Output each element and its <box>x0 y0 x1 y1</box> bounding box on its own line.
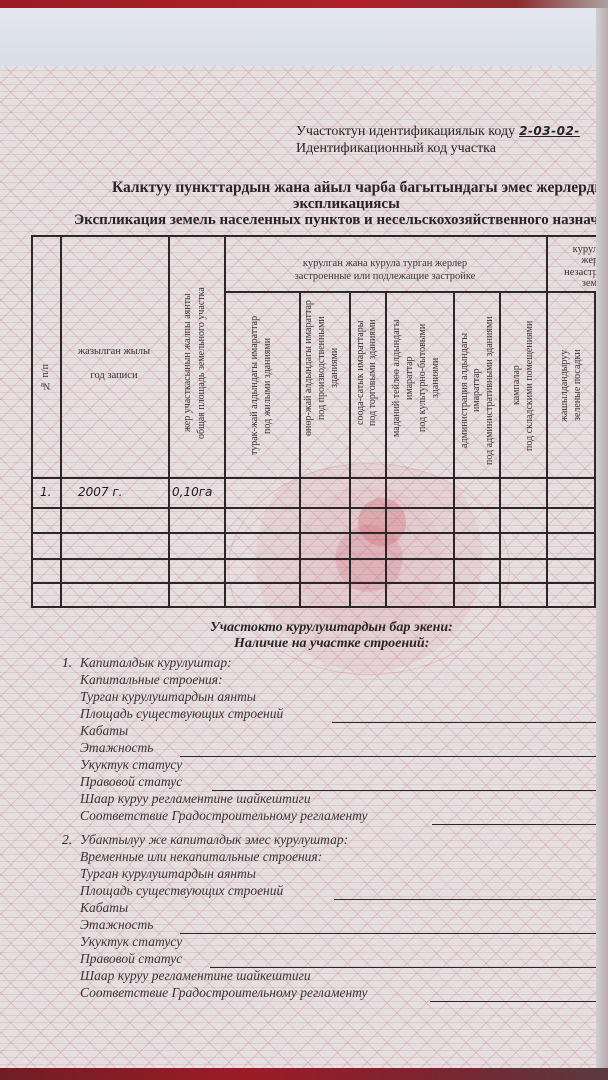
subcol-admin-ru: имараттар <box>471 298 483 483</box>
table-col-line <box>299 291 301 607</box>
section2-compliance-ky: Шаар куруу регламентине шайкештиги <box>80 968 311 984</box>
table-row-line <box>31 507 596 509</box>
subcol-warehouse-ky: кампалар <box>511 298 523 473</box>
subcol-residential-ru: под жилыми зданиями <box>262 298 274 473</box>
section1-title-ru: Капитальные строения: <box>80 672 223 688</box>
table-row-line <box>31 582 596 584</box>
table-col-line <box>385 291 387 607</box>
table-col-line <box>499 291 501 607</box>
section2-area-ru: Площадь существующих строений <box>80 883 283 899</box>
col-header-year-ky: жазылган жылы <box>60 346 168 358</box>
subcol-residential-ky: турак-жай алдындагы имараттар <box>249 298 261 473</box>
buildings-heading-ky: Участокто курулуштардын бар экени: <box>210 620 453 636</box>
section1-area-ru: Площадь существующих строений <box>80 706 283 722</box>
group-header-unbuilt-l4: земли <box>548 278 596 290</box>
section1-title-ky: Капиталдык курулуштар: <box>80 655 232 671</box>
col-header-area-ru: общая площадь земельного участка <box>196 268 208 458</box>
section2-floors-field[interactable] <box>180 933 596 934</box>
row1-area: 0,10га <box>172 485 212 499</box>
group-header-built-ky: курулган жана курула турган жерлер <box>224 258 546 270</box>
table-header-bottom <box>31 477 596 479</box>
subcol-greenery-ky: жашылдандыруу <box>559 298 571 473</box>
section2-legal-ky: Укуктук статусу <box>80 934 182 950</box>
table-subheader-line <box>224 291 596 293</box>
section2-legal-ru: Правовой статус <box>80 951 182 967</box>
table-col-line <box>453 291 455 607</box>
group-header-built-ru: застроенные или подлежащие застройке <box>224 271 546 283</box>
section1-legal-ru: Правовой статус <box>80 774 182 790</box>
subcol-cultural-ru: имараттар <box>404 298 416 458</box>
section1-floors-ky: Кабаты <box>80 723 128 739</box>
section1-area-ky: Турган курулуштардын аянты <box>80 689 256 705</box>
section1-number: 1. <box>62 655 72 671</box>
subcol-trade-ru: под торговыми зданиями <box>367 298 379 448</box>
subcol-warehouse-ru: под складскими помещениями <box>524 298 536 473</box>
row1-number: 1. <box>40 485 51 499</box>
table-border-left <box>31 235 33 607</box>
subcol-industrial-ky: өнөр-жай алдындагы имараттар <box>303 298 315 438</box>
explication-table: № п/п жазылган жылы год записи жер участ… <box>0 8 596 628</box>
document-page: Участоктун идентификациялык коду2-03-02-… <box>0 8 596 1072</box>
col-header-number: № п/п <box>40 338 52 418</box>
table-col-line <box>349 291 351 607</box>
table-border-top <box>31 235 596 237</box>
subcol-industrial-ru: под производственными <box>316 298 328 438</box>
cover-edge-right <box>596 8 608 1072</box>
cover-edge-bottom <box>0 1068 608 1080</box>
subcol-trade-ky: соода-сатык имараттары <box>355 298 367 448</box>
table-col-line <box>60 235 62 607</box>
table-col-line <box>168 235 170 607</box>
buildings-heading-ru: Наличие на участке строений: <box>234 636 429 652</box>
section2-compliance-field[interactable] <box>430 1001 596 1002</box>
table-col-line <box>224 235 226 607</box>
subcol-admin-extra: под административными зданиями <box>484 298 496 483</box>
subcol-greenery-ru: зеленые посадки <box>572 298 584 473</box>
table-border-bottom <box>31 606 596 608</box>
col-header-area-ky: жер участкасынын жалпы аянты <box>182 268 194 458</box>
section2-title-ru: Временные или некапитальные строения: <box>80 849 322 865</box>
section2-compliance-ru: Соответствие Градостроительному регламен… <box>80 985 368 1001</box>
section1-compliance-field[interactable] <box>432 824 596 825</box>
section1-legal-ky: Укуктук статусу <box>80 757 182 773</box>
section1-compliance-ru: Соответствие Градостроительному регламен… <box>80 808 368 824</box>
section1-floors-field[interactable] <box>180 756 596 757</box>
subcol-industrial-extra: зданиями <box>329 298 341 438</box>
section2-number: 2. <box>62 832 72 848</box>
subcol-cultural-extra: под культурно-бытовыми <box>417 298 429 458</box>
table-col-line <box>546 235 548 607</box>
section1-floors-ru: Этажность <box>80 740 153 756</box>
section2-title-ky: Убактылуу же капиталдык эмес курулуштар: <box>80 832 348 848</box>
section2-floors-ru: Этажность <box>80 917 153 933</box>
section2-area-field[interactable] <box>334 899 596 900</box>
table-row-line <box>31 558 596 560</box>
section1-area-field[interactable] <box>332 722 596 723</box>
row1-year: 2007 г. <box>78 485 122 499</box>
subcol-cultural-ky: маданий тейлөө алдындагы <box>391 298 403 458</box>
col-header-year-ru: год записи <box>60 370 168 382</box>
table-row-line <box>31 532 596 534</box>
subcol-cultural-extra2: зданиями <box>430 298 442 458</box>
section2-floors-ky: Кабаты <box>80 900 128 916</box>
group-header-unbuilt-l2: жерле <box>548 255 596 267</box>
section2-area-ky: Турган курулуштардын аянты <box>80 866 256 882</box>
section1-compliance-ky: Шаар куруу регламентине шайкештиги <box>80 791 311 807</box>
subcol-admin-ky: администрация алдындагы <box>459 298 471 483</box>
